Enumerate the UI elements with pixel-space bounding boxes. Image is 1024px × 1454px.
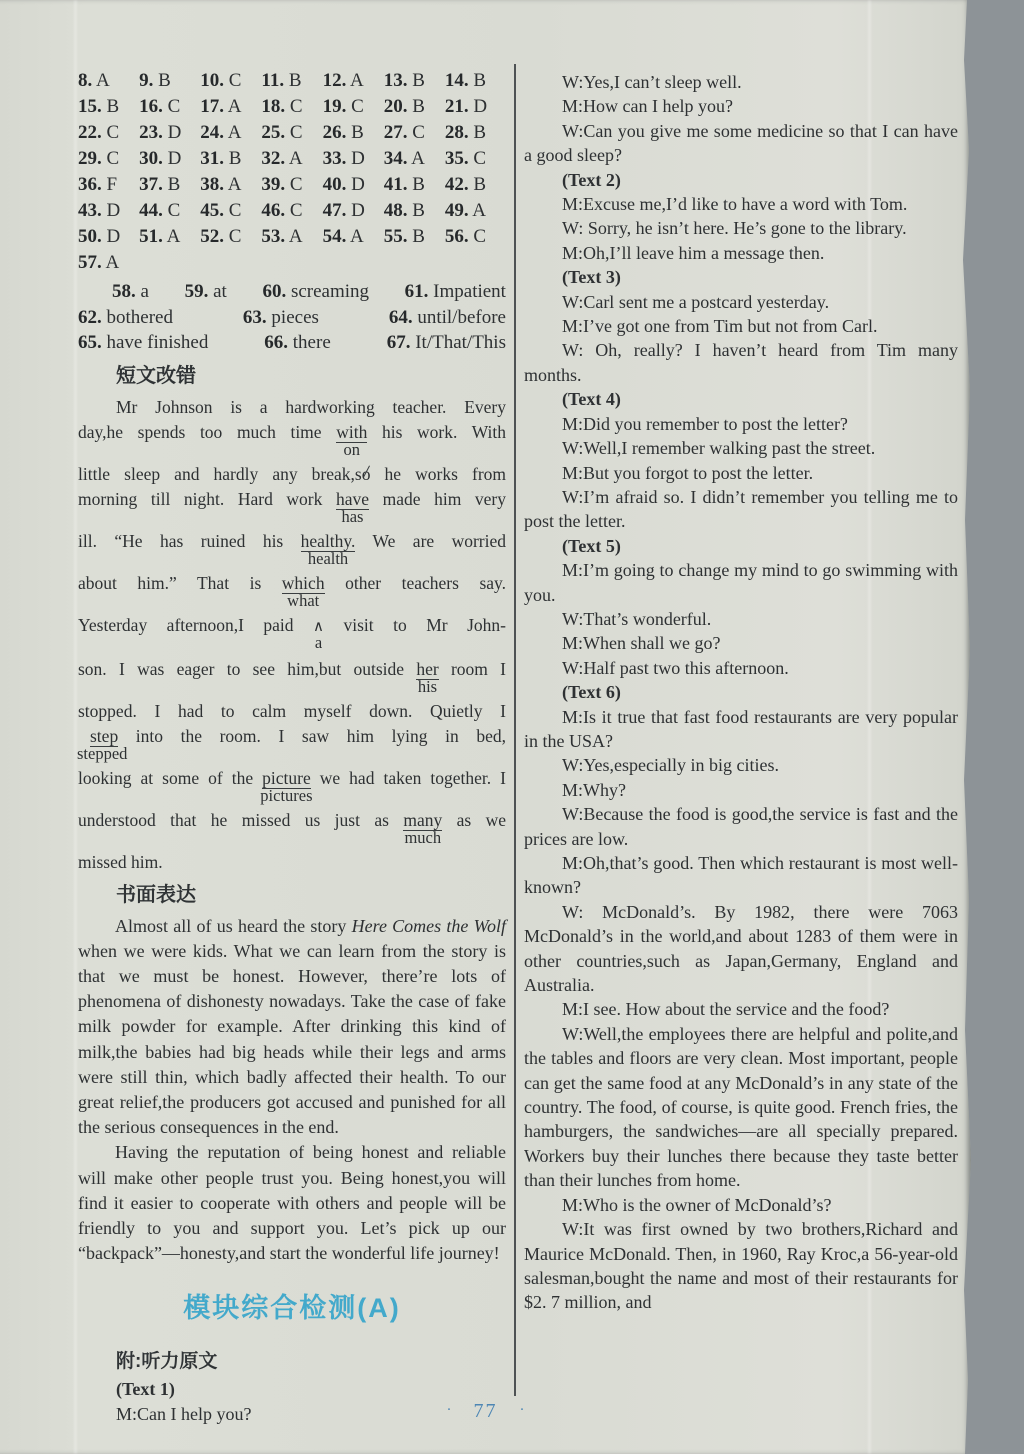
fill-answer-cell: 63. pieces bbox=[243, 305, 319, 331]
dialog-line: W:Yes,I can’t sleep well. bbox=[524, 70, 958, 94]
dialog-line: M:How can I help you? bbox=[524, 94, 958, 118]
left-column: 8. A9. B10. C11. B12. A13. B14. B15. B16… bbox=[78, 68, 506, 1426]
dialog-line: M:I’ve got one from Tim but not from Car… bbox=[524, 314, 958, 338]
answer-cell: 13. B bbox=[384, 68, 445, 94]
answer-cell: 56. C bbox=[445, 224, 506, 250]
answer-cell: 17. A bbox=[200, 94, 261, 120]
answer-cell: 44. C bbox=[139, 198, 200, 224]
italic-book-title: Here Comes the Wolf bbox=[352, 916, 506, 936]
answer-cell: 49. A bbox=[445, 198, 506, 224]
answer-cell: 48. B bbox=[384, 198, 445, 224]
dialog-line: M:I see. How about the service and the f… bbox=[524, 997, 958, 1021]
dialog-line: M:Did you remember to post the letter? bbox=[524, 412, 958, 436]
footer-dot-right: · bbox=[520, 1402, 525, 1418]
dialog-line: W:Because the food is good,the service i… bbox=[524, 802, 958, 851]
answer-cell: 15. B bbox=[78, 94, 139, 120]
correction-line: Yesterday afternoon,I paid ∧a visit to M… bbox=[78, 613, 506, 640]
dialog-line: M:Excuse me,I’d like to have a word with… bbox=[524, 192, 958, 216]
answer-cell: 31. B bbox=[200, 146, 261, 172]
answer-cell: 22. C bbox=[78, 120, 139, 146]
correction-line: ill. “He has ruined his healthy.health W… bbox=[78, 529, 506, 554]
text-heading: (Text 1) bbox=[78, 1377, 506, 1401]
page-number: 77 bbox=[474, 1400, 498, 1422]
answer-cell: 52. C bbox=[200, 224, 261, 250]
answer-cell: 41. B bbox=[384, 172, 445, 198]
dialog-line: M:I’m going to change my mind to go swim… bbox=[524, 558, 958, 607]
dialog-line: W:Can you give me some medicine so that … bbox=[524, 119, 958, 168]
fill-answer-cell: 61. Impatient bbox=[405, 279, 506, 305]
fill-answer-cell: 67. It/That/This bbox=[387, 330, 506, 356]
fill-answer-cell: 65. have finished bbox=[78, 330, 208, 356]
dialog-line: M:Is it true that fast food restaurants … bbox=[524, 705, 958, 754]
essay-section-title: 书面表达 bbox=[78, 882, 506, 908]
correction-text: stepped bbox=[77, 746, 127, 762]
corrected-word: withon bbox=[336, 420, 367, 445]
answer-cell: 57. A bbox=[78, 250, 139, 276]
text-heading: (Text 6) bbox=[524, 680, 958, 704]
answer-cell: 28. B bbox=[445, 120, 506, 146]
answer-cell: 20. B bbox=[384, 94, 445, 120]
correction-line: morning till night. Hard work havehas ma… bbox=[78, 487, 506, 512]
corrected-word: herhis bbox=[416, 657, 438, 682]
text-heading: (Text 4) bbox=[524, 387, 958, 411]
dialog-line: W:Yes,especially in big cities. bbox=[524, 753, 958, 777]
answer-row: 36. F37. B38. A39. C40. D41. B42. B bbox=[78, 172, 506, 198]
dialog-line: W:Half past two this afternoon. bbox=[524, 656, 958, 680]
correction-line: little sleep and hardly any break,so he … bbox=[78, 462, 506, 487]
answer-cell: 45. C bbox=[200, 198, 261, 224]
column-divider-rule bbox=[514, 64, 516, 1396]
correction-text: much bbox=[404, 830, 441, 846]
answer-cell: 16. C bbox=[139, 94, 200, 120]
corrected-word: havehas bbox=[336, 487, 369, 512]
dialog-line: W: McDonald’s. By 1982, there were 7063 … bbox=[524, 900, 958, 998]
answer-cell: 43. D bbox=[78, 198, 139, 224]
dialog-line: W:I’m afraid so. I didn’t remember you t… bbox=[524, 485, 958, 534]
dialog-line: W:Well,the employees there are helpful a… bbox=[524, 1022, 958, 1193]
answer-cell: 39. C bbox=[261, 172, 322, 198]
answer-cell: 8. A bbox=[78, 68, 139, 94]
correction-text: on bbox=[344, 442, 361, 458]
fill-answer-cell: 59. at bbox=[185, 279, 227, 305]
page-footer: ·77· bbox=[0, 1400, 971, 1423]
correction-section-title: 短文改错 bbox=[78, 363, 506, 389]
book-page: 8. A9. B10. C11. B12. A13. B14. B15. B16… bbox=[0, 0, 971, 1454]
answer-cell: 18. C bbox=[261, 94, 322, 120]
answer-cell: 34. A bbox=[384, 146, 445, 172]
fill-answer-row: 65. have finished66. there67. It/That/Th… bbox=[78, 330, 506, 356]
footer-dot-left: · bbox=[447, 1402, 452, 1418]
corrected-word: picturepictures bbox=[262, 766, 311, 791]
text-heading: (Text 3) bbox=[524, 265, 958, 289]
correction-text: pictures bbox=[260, 788, 312, 804]
essay-paragraph: Having the reputation of being honest an… bbox=[78, 1140, 506, 1266]
correction-line: day,he spends too much time withon his w… bbox=[78, 420, 506, 445]
answer-cell: 30. D bbox=[139, 146, 200, 172]
answer-cell: 38. A bbox=[200, 172, 261, 198]
answer-row: 29. C30. D31. B32. A33. D34. A35. C bbox=[78, 146, 506, 172]
fill-answer-cell: 58. a bbox=[112, 279, 149, 305]
dialog-line: M:Oh,I’ll leave him a message then. bbox=[524, 241, 958, 265]
correction-line: understood that he missed us just as man… bbox=[78, 808, 506, 833]
fill-answer-row: 62. bothered63. pieces64. until/before bbox=[78, 305, 506, 331]
answer-cell: 35. C bbox=[445, 146, 506, 172]
corrected-word: whichwhat bbox=[282, 571, 325, 596]
answer-cell: 47. D bbox=[323, 198, 384, 224]
deletion-slash: o bbox=[362, 462, 371, 487]
essay-paragraphs: Almost all of us heard the story Here Co… bbox=[78, 914, 506, 1267]
correction-line: about him.” That is whichwhat other teac… bbox=[78, 571, 506, 596]
correction-line: missed him. bbox=[78, 850, 506, 875]
dialog-line: M:When shall we go? bbox=[524, 631, 958, 655]
answer-cell: 12. A bbox=[323, 68, 384, 94]
fill-answer-cell: 62. bothered bbox=[78, 305, 173, 331]
scanned-page-background: 8. A9. B10. C11. B12. A13. B14. B15. B16… bbox=[0, 0, 1024, 1454]
fill-answer-cell: 60. screaming bbox=[262, 279, 369, 305]
page-crease-left bbox=[74, 0, 77, 1454]
answer-cell: 25. C bbox=[261, 120, 322, 146]
dialog-line: W:Carl sent me a postcard yesterday. bbox=[524, 290, 958, 314]
dialog-line: M:But you forgot to post the letter. bbox=[524, 461, 958, 485]
right-column: W:Yes,I can’t sleep well.M:How can I hel… bbox=[524, 70, 958, 1315]
dialog-line: W: Sorry, he isn’t here. He’s gone to th… bbox=[524, 216, 958, 240]
answer-cell: 37. B bbox=[139, 172, 200, 198]
answer-cell: 54. A bbox=[323, 224, 384, 250]
answer-cell: 24. A bbox=[200, 120, 261, 146]
answer-cell: 10. C bbox=[200, 68, 261, 94]
correction-text: has bbox=[341, 509, 363, 525]
correction-line: son. I was eager to see him,but outside … bbox=[78, 657, 506, 682]
fill-answer-cell: 64. until/before bbox=[389, 305, 506, 331]
correction-text: health bbox=[308, 551, 348, 567]
correction-text: his bbox=[418, 679, 437, 695]
corrected-word: healthy.health bbox=[301, 529, 356, 554]
answer-row: 15. B16. C17. A18. C19. C20. B21. D bbox=[78, 94, 506, 120]
fill-answer-row: 58. a59. at60. screaming61. Impatient bbox=[78, 279, 506, 305]
dialog-line: W:That’s wonderful. bbox=[524, 607, 958, 631]
essay-paragraph: Almost all of us heard the story Here Co… bbox=[78, 914, 506, 1141]
answer-cell: 19. C bbox=[323, 94, 384, 120]
dialog-right: W:Yes,I can’t sleep well.M:How can I hel… bbox=[524, 70, 958, 1315]
module-test-heading: 模块综合检测(A) bbox=[78, 1286, 506, 1325]
corrected-word: manymuch bbox=[403, 808, 442, 833]
answer-row: 43. D44. C45. C46. C47. D48. B49. A bbox=[78, 198, 506, 224]
answer-row: 50. D51. A52. C53. A54. A55. B56. C bbox=[78, 224, 506, 250]
answer-cell: 14. B bbox=[445, 68, 506, 94]
correction-line: looking at some of the picturepictures w… bbox=[78, 766, 506, 791]
answer-cell: 40. D bbox=[323, 172, 384, 198]
answer-row: 57. A bbox=[78, 250, 506, 276]
correction-line: stopped. I had to calm myself down. Quie… bbox=[78, 699, 506, 724]
answer-cell: 42. B bbox=[445, 172, 506, 198]
text-heading: (Text 5) bbox=[524, 534, 958, 558]
answer-cell: 51. A bbox=[139, 224, 200, 250]
correction-line: Mr Johnson is a hardworking teacher. Eve… bbox=[78, 395, 506, 420]
answer-cell: 36. F bbox=[78, 172, 139, 198]
dialog-line: W: Oh, really? I haven’t heard from Tim … bbox=[524, 338, 958, 387]
fill-answer-cell: 66. there bbox=[264, 330, 330, 356]
dialog-line: W:Well,I remember walking past the stree… bbox=[524, 436, 958, 460]
answer-cell: 46. C bbox=[261, 198, 322, 224]
answer-cell: 26. B bbox=[323, 120, 384, 146]
answer-cell: 33. D bbox=[323, 146, 384, 172]
answer-cell: 53. A bbox=[261, 224, 322, 250]
answer-cell: 11. B bbox=[261, 68, 322, 94]
dialog-line: M:Why? bbox=[524, 778, 958, 802]
correction-text: a bbox=[315, 635, 322, 651]
answer-cell: 55. B bbox=[384, 224, 445, 250]
deleted-word: so bbox=[355, 462, 371, 487]
answer-cell: 21. D bbox=[445, 94, 506, 120]
answer-cell: 29. C bbox=[78, 146, 139, 172]
corrected-word: stepstepped bbox=[90, 724, 118, 749]
correction-text: what bbox=[287, 593, 319, 609]
insertion-mark: ∧a bbox=[313, 613, 324, 640]
answer-grid: 8. A9. B10. C11. B12. A13. B14. B15. B16… bbox=[78, 68, 506, 276]
correction-lines: Mr Johnson is a hardworking teacher. Eve… bbox=[78, 395, 506, 875]
correction-line: stepstepped into the room. I saw him lyi… bbox=[78, 724, 506, 749]
answer-cell: 32. A bbox=[261, 146, 322, 172]
listening-script-label: 附:听力原文 bbox=[78, 1349, 506, 1375]
dialog-line: M:Oh,that’s good. Then which restaurant … bbox=[524, 851, 958, 900]
answer-row: 22. C23. D24. A25. C26. B27. C28. B bbox=[78, 120, 506, 146]
dialog-line: M:Who is the owner of McDonald’s? bbox=[524, 1193, 958, 1217]
answer-row: 8. A9. B10. C11. B12. A13. B14. B bbox=[78, 68, 506, 94]
fill-grid: 58. a59. at60. screaming61. Impatient62.… bbox=[78, 279, 506, 356]
text-heading: (Text 2) bbox=[524, 168, 958, 192]
answer-cell: 9. B bbox=[139, 68, 200, 94]
dialog-line: W:It was first owned by two brothers,Ric… bbox=[524, 1217, 958, 1315]
answer-cell: 27. C bbox=[384, 120, 445, 146]
answer-cell: 23. D bbox=[139, 120, 200, 146]
answer-cell: 50. D bbox=[78, 224, 139, 250]
